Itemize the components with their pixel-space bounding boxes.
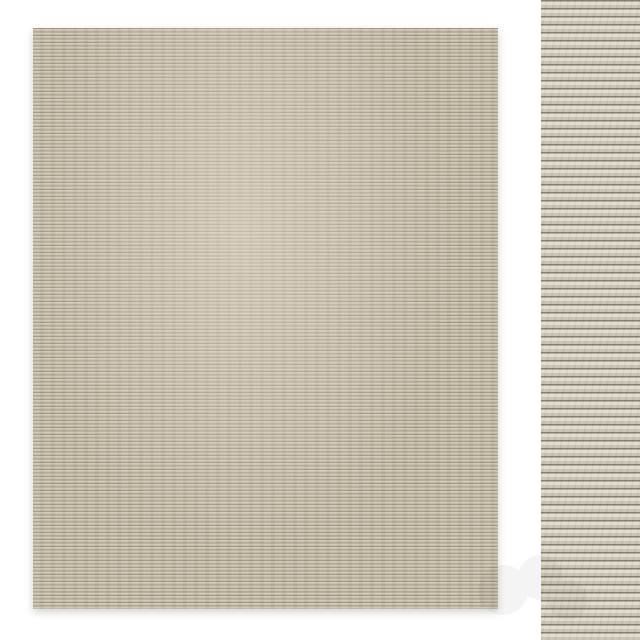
- rug-full-view: [33, 28, 498, 609]
- rug-texture-closeup: [541, 0, 640, 640]
